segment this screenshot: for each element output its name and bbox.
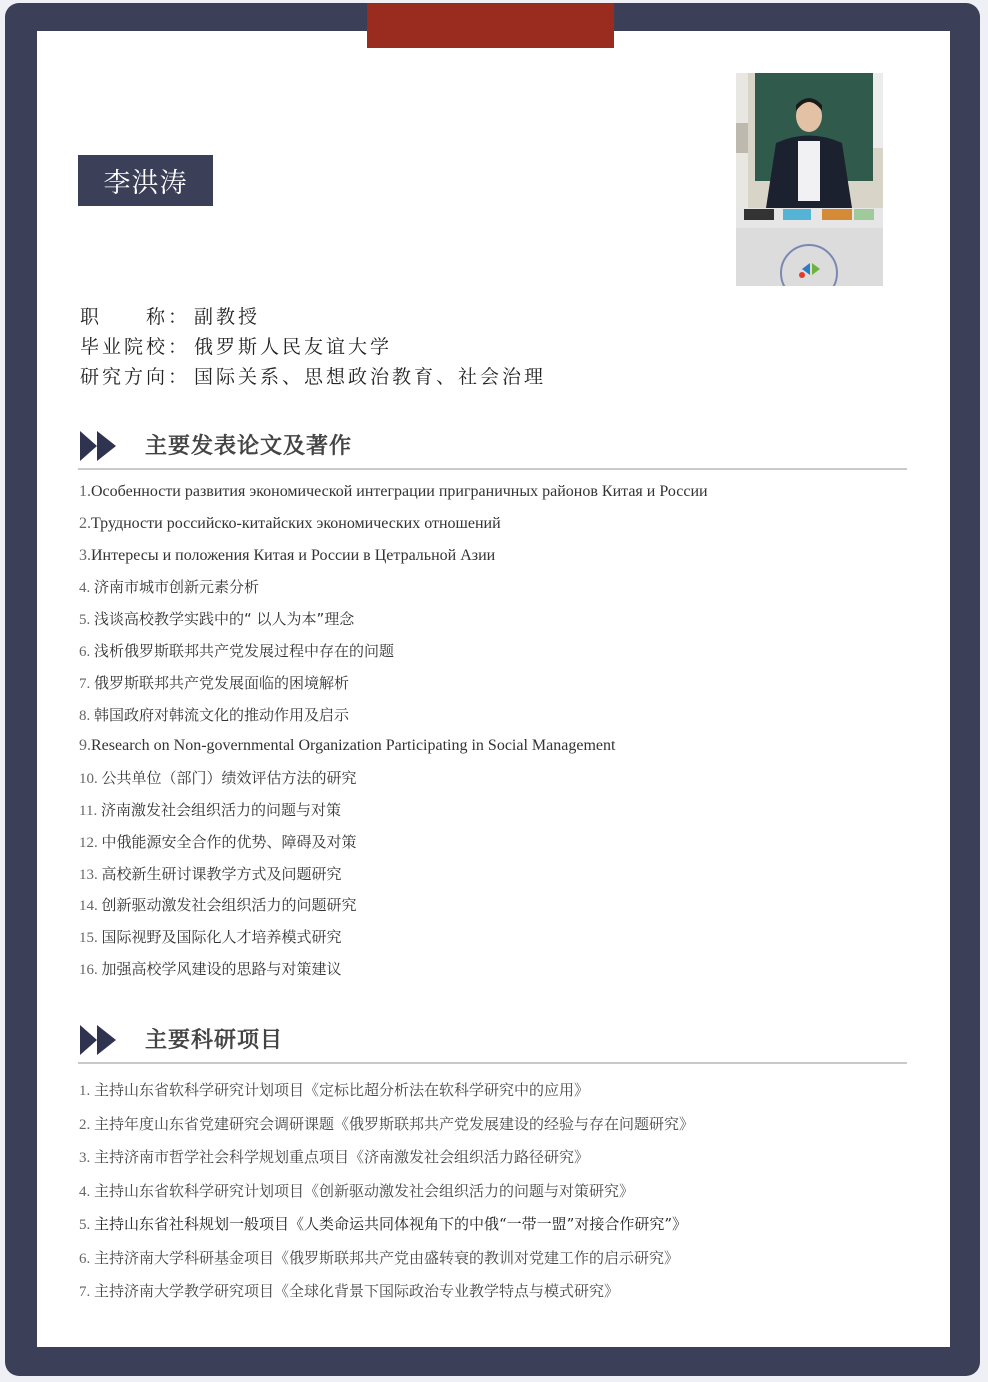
list-item: 7. 俄罗斯联邦共产党发展面临的困境解析 xyxy=(79,672,708,704)
info-value: 国际关系、思想政治教育、社会治理 xyxy=(194,362,546,392)
info-label: 职 称： xyxy=(80,302,194,332)
list-item: 4. 主持山东省软科学研究计划项目《创新驱动激发社会组织活力的问题与对策研究》 xyxy=(79,1180,694,1214)
name-badge: 李洪涛 xyxy=(78,155,213,206)
list-item: 1.Особенности развития экономической инт… xyxy=(79,481,708,513)
projects-list: 1. 主持山东省软科学研究计划项目《定标比超分析法在软科学研究中的应用》 2. … xyxy=(79,1079,694,1314)
list-item: 6. 浅析俄罗斯联邦共产党发展过程中存在的问题 xyxy=(79,640,708,672)
list-item: 3. 主持济南市哲学社会科学规划重点项目《济南激发社会组织活力路径研究》 xyxy=(79,1146,694,1180)
list-item: 4. 济南市城市创新元素分析 xyxy=(79,576,708,608)
list-item: 9.Research on Non-governmental Organizat… xyxy=(79,735,708,767)
divider xyxy=(78,1062,907,1064)
publications-list: 1.Особенности развития экономической инт… xyxy=(79,481,708,990)
list-item: 3.Интересы и положения Китая и России в … xyxy=(79,545,708,577)
list-item: 5. 浅谈高校教学实践中的“ 以人为本”理念 xyxy=(79,608,708,640)
list-item: 1. 主持山东省软科学研究计划项目《定标比超分析法在软科学研究中的应用》 xyxy=(79,1079,694,1113)
projects-header: 主要科研项目 xyxy=(78,1014,908,1064)
info-row-title: 职 称： 副教授 xyxy=(80,302,546,332)
info-value: 副教授 xyxy=(194,302,260,332)
section-title: 主要发表论文及著作 xyxy=(145,429,352,460)
accent-tab xyxy=(367,3,614,48)
person-name: 李洪涛 xyxy=(104,161,188,200)
list-item: 2. 主持年度山东省党建研究会调研课题《俄罗斯联邦共产党发展建设的经验与存在问题… xyxy=(79,1113,694,1147)
list-item: 16. 加强高校学风建设的思路与对策建议 xyxy=(79,958,708,990)
publications-header: 主要发表论文及著作 xyxy=(78,420,908,470)
profile-info: 职 称： 副教授 毕业院校： 俄罗斯人民友谊大学 研究方向： 国际关系、思想政治… xyxy=(80,302,546,392)
double-chevron-icon xyxy=(80,431,120,461)
info-label: 研究方向： xyxy=(80,362,194,392)
list-item: 15. 国际视野及国际化人才培养模式研究 xyxy=(79,926,708,958)
portrait-photo xyxy=(736,73,883,286)
list-item: 13. 高校新生研讨课教学方式及问题研究 xyxy=(79,863,708,895)
double-chevron-icon xyxy=(80,1025,120,1055)
list-item: 14. 创新驱动激发社会组织活力的问题研究 xyxy=(79,894,708,926)
list-item: 10. 公共单位（部门）绩效评估方法的研究 xyxy=(79,767,708,799)
list-item: 6. 主持济南大学科研基金项目《俄罗斯联邦共产党由盛转衰的教训对党建工作的启示研… xyxy=(79,1247,694,1281)
info-label: 毕业院校： xyxy=(80,332,194,362)
portrait-image xyxy=(736,73,883,286)
info-row-research: 研究方向： 国际关系、思想政治教育、社会治理 xyxy=(80,362,546,392)
divider xyxy=(78,468,907,470)
list-item: 12. 中俄能源安全合作的优势、障碍及对策 xyxy=(79,831,708,863)
list-item: 8. 韩国政府对韩流文化的推动作用及启示 xyxy=(79,704,708,736)
list-item: 11. 济南激发社会组织活力的问题与对策 xyxy=(79,799,708,831)
section-title: 主要科研项目 xyxy=(145,1023,283,1054)
info-value: 俄罗斯人民友谊大学 xyxy=(194,332,392,362)
list-item: 7. 主持济南大学教学研究项目《全球化背景下国际政治专业教学特点与模式研究》 xyxy=(79,1280,694,1314)
info-row-school: 毕业院校： 俄罗斯人民友谊大学 xyxy=(80,332,546,362)
list-item: 5. 主持山东省社科规划一般项目《人类命运共同体视角下的中俄“一带一盟”对接合作… xyxy=(79,1213,694,1247)
list-item: 2.Трудности российско-китайских экономич… xyxy=(79,513,708,545)
